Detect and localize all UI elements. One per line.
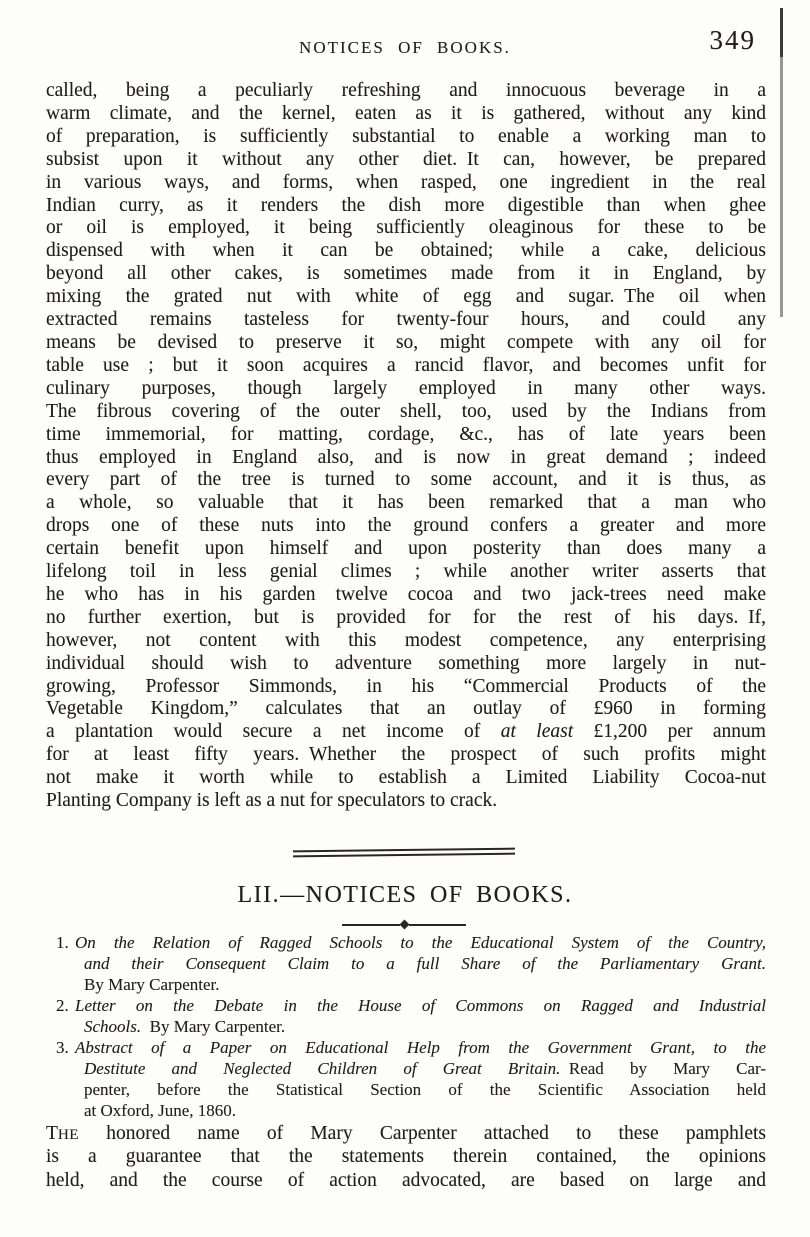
list-item-number: 2. bbox=[56, 995, 75, 1016]
text-segment: is a guarantee that the statements there… bbox=[46, 1146, 766, 1167]
small-caps-text: HE bbox=[58, 1126, 79, 1143]
ornament-bar-left bbox=[342, 924, 400, 926]
article-line: Planting Company is left as a nut for sp… bbox=[46, 790, 766, 813]
list-item-number: 1. bbox=[56, 932, 75, 953]
article-line: Vegetable Kingdom,” calculates that an o… bbox=[46, 698, 766, 721]
article-line: table use ; but it soon acquires a ranci… bbox=[46, 355, 766, 378]
book-page: NOTICES OF BOOKS. 349 called, being a pe… bbox=[0, 0, 810, 1237]
article-line: subsist upon it without any other diet. … bbox=[46, 149, 766, 172]
italic-text: Destitute and Neglected Children of Grea… bbox=[84, 1059, 560, 1078]
article-line: lifelong toil in less genial climes ; wh… bbox=[46, 561, 766, 584]
italic-text: at least bbox=[501, 721, 573, 742]
text-segment: The fibrous covering of the outer shell,… bbox=[46, 401, 766, 422]
article-line: no further exertion, but is provided for… bbox=[46, 607, 766, 630]
article-paragraph: called, being a peculiarly refreshing an… bbox=[46, 80, 766, 813]
article-line: not make it worth while to establish a L… bbox=[46, 767, 766, 790]
page-number: 349 bbox=[710, 25, 757, 56]
italic-text: Letter on the Debate in the House of Com… bbox=[75, 996, 766, 1015]
article-line: or oil is employed, it being sufficientl… bbox=[46, 217, 766, 240]
text-segment: of preparation, is sufficiently substant… bbox=[46, 126, 766, 147]
bibliography-list: 1.On the Relation of Ragged Schools to t… bbox=[46, 932, 766, 1121]
ornament-divider bbox=[342, 920, 466, 929]
bibliography-line: 2.Letter on the Debate in the House of C… bbox=[56, 995, 766, 1016]
text-segment: Planting Company is left as a nut for sp… bbox=[46, 790, 497, 811]
text-segment: table use ; but it soon acquires a ranci… bbox=[46, 355, 766, 376]
article-line: every part of the tree is turned to some… bbox=[46, 469, 766, 492]
text-segment: Read by Mary Car- bbox=[560, 1059, 766, 1078]
text-segment: Indian curry, as it renders the dish mor… bbox=[46, 195, 766, 216]
text-segment: no further exertion, but is provided for… bbox=[46, 607, 766, 628]
article-line: Indian curry, as it renders the dish mor… bbox=[46, 195, 766, 218]
bibliography-line: penter, before the Statistical Section o… bbox=[84, 1079, 766, 1100]
article-line: a whole, so valuable that it has been re… bbox=[46, 492, 766, 515]
intro-line: held, and the course of action advocated… bbox=[46, 1169, 766, 1192]
text-segment: penter, before the Statistical Section o… bbox=[84, 1080, 766, 1099]
text-segment: certain benefit upon himself and upon po… bbox=[46, 538, 766, 559]
text-segment: £1,200 per annum bbox=[573, 721, 766, 742]
text-segment: means be devised to preserve it so, migh… bbox=[46, 332, 766, 353]
text-segment: T bbox=[46, 1123, 58, 1144]
bibliography-line: Schools. By Mary Carpenter. bbox=[84, 1016, 766, 1037]
text-segment: a whole, so valuable that it has been re… bbox=[46, 492, 766, 513]
bibliography-line: 3.Abstract of a Paper on Educational Hel… bbox=[56, 1037, 766, 1058]
italic-text: On the Relation of Ragged Schools to the… bbox=[75, 933, 766, 952]
article-line: thus employed in England also, and is no… bbox=[46, 447, 766, 470]
text-segment: thus employed in England also, and is no… bbox=[46, 447, 766, 468]
article-line: however, not content with this modest co… bbox=[46, 630, 766, 653]
article-line: extracted remains tasteless for twenty-f… bbox=[46, 309, 766, 332]
intro-paragraph: THE honored name of Mary Carpenter attac… bbox=[46, 1122, 766, 1192]
text-segment: every part of the tree is turned to some… bbox=[46, 469, 766, 490]
text-segment: in various ways, and forms, when rasped,… bbox=[46, 172, 766, 193]
article-line: means be devised to preserve it so, migh… bbox=[46, 332, 766, 355]
text-segment: subsist upon it without any other diet. … bbox=[46, 149, 766, 170]
italic-text: Schools. bbox=[84, 1017, 141, 1036]
text-segment: beyond all other cakes, is sometimes mad… bbox=[46, 263, 766, 284]
diamond-icon bbox=[399, 920, 409, 930]
text-segment: honored name of Mary Carpenter attached … bbox=[79, 1123, 766, 1144]
text-segment: lifelong toil in less genial climes ; wh… bbox=[46, 561, 766, 582]
bibliography-line: Destitute and Neglected Children of Grea… bbox=[84, 1058, 766, 1079]
article-line: he who has in his garden twelve cocoa an… bbox=[46, 584, 766, 607]
article-line: in various ways, and forms, when rasped,… bbox=[46, 172, 766, 195]
text-segment: not make it worth while to establish a L… bbox=[46, 767, 766, 788]
text-segment: he who has in his garden twelve cocoa an… bbox=[46, 584, 766, 605]
text-segment: growing, Professor Simmonds, in his “Com… bbox=[46, 676, 766, 697]
article-line: a plantation would secure a net income o… bbox=[46, 721, 766, 744]
article-line: individual should wish to adventure some… bbox=[46, 653, 766, 676]
text-segment: a plantation would secure a net income o… bbox=[46, 721, 501, 742]
bibliography-line: and their Consequent Claim to a full Sha… bbox=[84, 953, 766, 974]
article-line: beyond all other cakes, is sometimes mad… bbox=[46, 263, 766, 286]
text-segment: culinary purposes, though largely employ… bbox=[46, 378, 766, 399]
article-line: called, being a peculiarly refreshing an… bbox=[46, 80, 766, 103]
text-segment: warm climate, and the kernel, eaten as i… bbox=[46, 103, 766, 124]
running-title: NOTICES OF BOOKS. bbox=[0, 38, 810, 58]
article-line: certain benefit upon himself and upon po… bbox=[46, 538, 766, 561]
text-segment: Vegetable Kingdom,” calculates that an o… bbox=[46, 698, 766, 719]
bibliography-line: By Mary Carpenter. bbox=[84, 974, 766, 995]
article-line: culinary purposes, though largely employ… bbox=[46, 378, 766, 401]
italic-text: and their Consequent Claim to a full Sha… bbox=[84, 954, 766, 973]
section-divider-rule bbox=[293, 848, 515, 858]
article-line: time immemorial, for matting, cordage, &… bbox=[46, 424, 766, 447]
article-line: The fibrous covering of the outer shell,… bbox=[46, 401, 766, 424]
text-segment: dispensed with when it can be obtained; … bbox=[46, 240, 766, 261]
article-line: mixing the grated nut with white of egg … bbox=[46, 286, 766, 309]
italic-text: Abstract of a Paper on Educational Help … bbox=[75, 1038, 766, 1057]
text-segment: mixing the grated nut with white of egg … bbox=[46, 286, 766, 307]
text-segment: at Oxford, June, 1860. bbox=[84, 1101, 236, 1120]
article-line: drops one of these nuts into the ground … bbox=[46, 515, 766, 538]
text-segment: for at least fifty years. Whether the pr… bbox=[46, 744, 766, 765]
article-line: growing, Professor Simmonds, in his “Com… bbox=[46, 676, 766, 699]
text-segment: time immemorial, for matting, cordage, &… bbox=[46, 424, 766, 445]
text-segment: held, and the course of action advocated… bbox=[46, 1170, 766, 1191]
text-segment: called, being a peculiarly refreshing an… bbox=[46, 80, 766, 101]
article-line: dispensed with when it can be obtained; … bbox=[46, 240, 766, 263]
text-segment: drops one of these nuts into the ground … bbox=[46, 515, 766, 536]
article-line: for at least fifty years. Whether the pr… bbox=[46, 744, 766, 767]
ornament-bar-right bbox=[409, 924, 467, 926]
text-segment: however, not content with this modest co… bbox=[46, 630, 766, 651]
list-item-number: 3. bbox=[56, 1037, 75, 1058]
text-segment: or oil is employed, it being sufficientl… bbox=[46, 217, 766, 238]
text-segment: By Mary Carpenter. bbox=[84, 975, 220, 994]
text-segment: By Mary Carpenter. bbox=[141, 1017, 285, 1036]
text-segment: extracted remains tasteless for twenty-f… bbox=[46, 309, 766, 330]
bibliography-line: at Oxford, June, 1860. bbox=[84, 1100, 766, 1121]
text-segment: individual should wish to adventure some… bbox=[46, 653, 766, 674]
intro-line: THE honored name of Mary Carpenter attac… bbox=[46, 1122, 766, 1145]
section-heading: LII.—NOTICES OF BOOKS. bbox=[0, 882, 810, 909]
intro-line: is a guarantee that the statements there… bbox=[46, 1145, 766, 1168]
article-line: warm climate, and the kernel, eaten as i… bbox=[46, 103, 766, 126]
article-line: of preparation, is sufficiently substant… bbox=[46, 126, 766, 149]
bibliography-line: 1.On the Relation of Ragged Schools to t… bbox=[56, 932, 766, 953]
